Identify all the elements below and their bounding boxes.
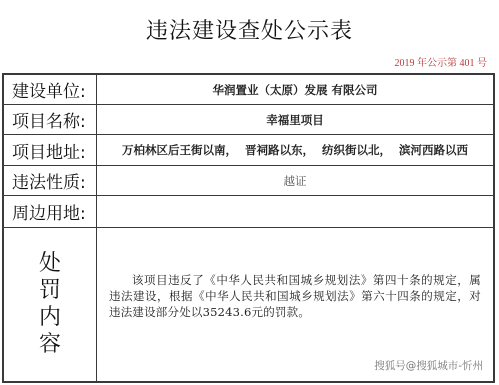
watermark: 搜狐号@搜狐城市-忻州 [374,358,483,373]
value-violation-type: 越证 [97,166,493,195]
label-violation-type: 违法性质: [4,166,97,195]
page-title: 违法建设查处公示表 [0,14,499,45]
penalty-content-text: 该项目违反了《中华人民共和国城乡规划法》第四十条的规定，属违法建设，根据《中华人… [109,272,481,320]
value-project-address: 万柏林区后王街以南， 晋祠路以东， 纺织街以北， 滨河西路以西 [97,135,493,165]
row-penalty: 处 罚 内 容 该项目违反了《中华人民共和国城乡规划法》第四十条的规定，属违法建… [4,228,493,381]
row-project-address: 项目地址: 万柏林区后王街以南， 晋祠路以东， 纺织街以北， 滨河西路以西 [4,135,493,166]
penalty-label-char: 罚 [39,277,61,304]
penalty-label-char: 处 [39,250,61,277]
value-construction-unit: 华润置业（太原）发展 有限公司 [97,75,493,104]
label-project-address: 项目地址: [4,135,97,165]
notice-table: 建设单位: 华润置业（太原）发展 有限公司 项目名称: 幸福里项目 项目地址: … [2,73,495,383]
penalty-label-char: 容 [39,331,61,358]
row-violation-type: 违法性质: 越证 [4,166,493,196]
row-project-name: 项目名称: 幸福里项目 [4,105,493,135]
label-surrounding-land: 周边用地: [4,196,97,227]
penalty-label-char: 内 [39,304,61,331]
value-project-name: 幸福里项目 [97,105,493,134]
value-surrounding-land [97,196,493,227]
document-number: 2019 年公示第 401 号 [395,54,488,69]
label-penalty-content: 处 罚 内 容 [4,228,97,381]
row-construction-unit: 建设单位: 华润置业（太原）发展 有限公司 [4,75,493,105]
row-surrounding-land: 周边用地: [4,196,493,228]
label-construction-unit: 建设单位: [4,75,97,104]
label-project-name: 项目名称: [4,105,97,134]
